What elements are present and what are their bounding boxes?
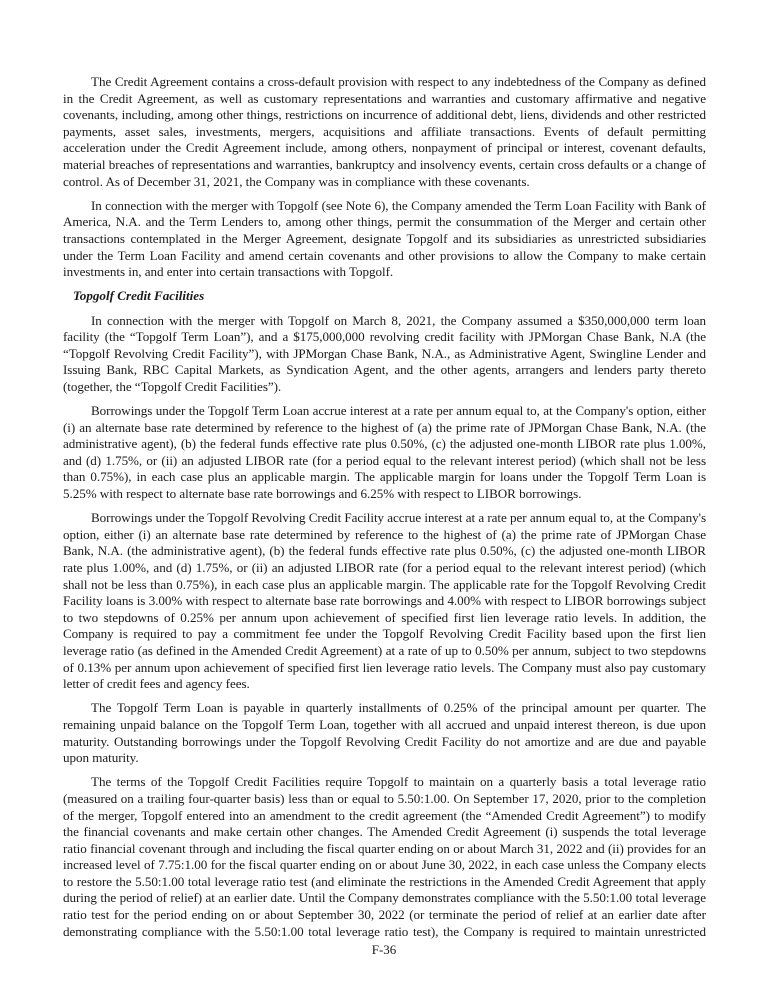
document-page: The Credit Agreement contains a cross-de… [63,74,706,948]
page-number: F-36 [0,942,768,958]
paragraph-revolving-facility-interest: Borrowings under the Topgolf Revolving C… [63,510,706,693]
section-heading-topgolf-credit-facilities: Topgolf Credit Facilities [63,288,706,305]
paragraph-term-loan-amendment: In connection with the merger with Topgo… [63,198,706,281]
paragraph-leverage-covenants: The terms of the Topgolf Credit Faciliti… [63,774,706,940]
paragraph-term-loan-repayment: The Topgolf Term Loan is payable in quar… [63,700,706,766]
paragraph-term-loan-interest: Borrowings under the Topgolf Term Loan a… [63,403,706,503]
paragraph-cross-default: The Credit Agreement contains a cross-de… [63,74,706,190]
paragraph-topgolf-facilities-assumed: In connection with the merger with Topgo… [63,313,706,396]
